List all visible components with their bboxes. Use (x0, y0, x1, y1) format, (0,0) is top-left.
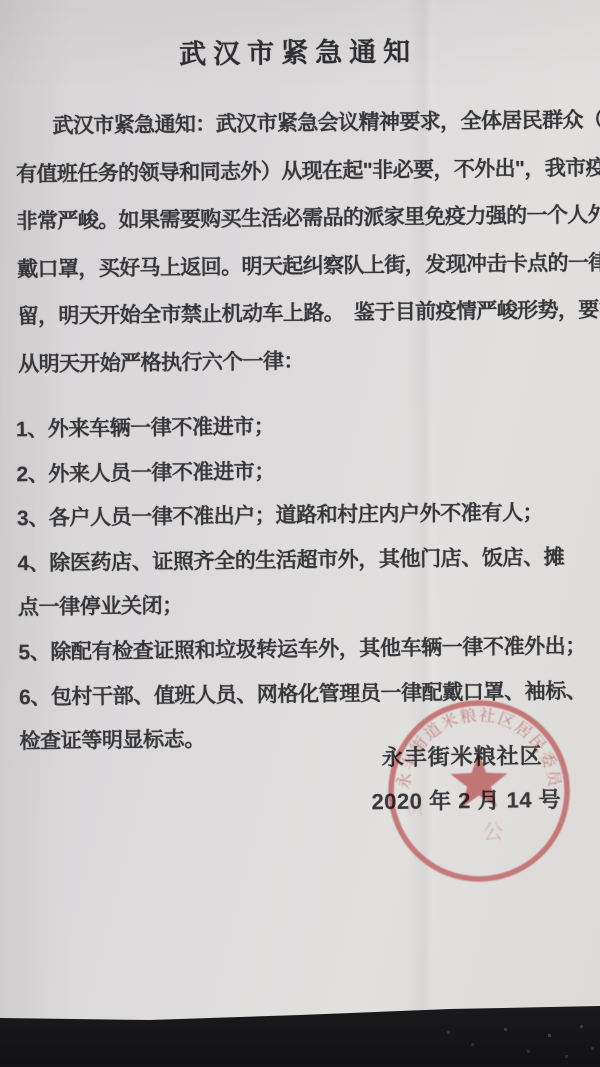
document-title: 武汉市紧急通知 (0, 28, 595, 74)
star-icon (450, 753, 508, 808)
paragraph-line: 武汉市紧急通知：武汉市紧急会议精神要求，全体居民群众（除 (15, 97, 578, 151)
paragraph-line: 留，明天开始全市禁止机动车上路。 鉴于目前疫情严峻形势，要求 (17, 287, 580, 341)
rule-item: 5、除配有检查证照和垃圾转运车外，其他车辆一律不准外出； (18, 625, 584, 676)
paragraph-line: 戴口罩，买好马上返回。明天起纠察队上街，发现冲击卡点的一律拘 (17, 240, 580, 294)
rule-item: 2、外来人员一律不准进市； (16, 446, 582, 497)
seal-smudge-char: 公 (482, 821, 503, 844)
official-seal-stamp-icon: 永丰街道米粮社区居民委员会 公 员 (378, 690, 580, 892)
notice-document: 武汉市紧急通知 武汉市紧急通知：武汉市紧急会议精神要求，全体居民群众（除 有值班… (0, 0, 600, 1023)
notice-paragraph: 武汉市紧急通知：武汉市紧急会议精神要求，全体居民群众（除 有值班任务的领导和同志… (15, 97, 580, 389)
rule-item: 1、外来车辆一律不准进市； (16, 402, 582, 453)
seal-smudge-char: 员 (405, 797, 426, 819)
rule-item: 4、除医药店、证照齐全的生活超市外，其他门店、饭店、摊 (17, 536, 583, 587)
paragraph-line: 从明天开始严格执行六个一律： (18, 335, 581, 389)
paragraph-line: 非常严峻。如果需要购买生活必需品的派家里免疫力强的一个人外出， (16, 192, 579, 246)
paragraph-line: 有值班任务的领导和同志外）从现在起"非必要，不外出"，我市疫情 (16, 144, 579, 198)
rule-item-continuation: 点一律停业关闭； (18, 580, 584, 631)
rule-item: 3、各户人员一律不准出户；道路和村庄内户外不准有人； (17, 491, 583, 542)
